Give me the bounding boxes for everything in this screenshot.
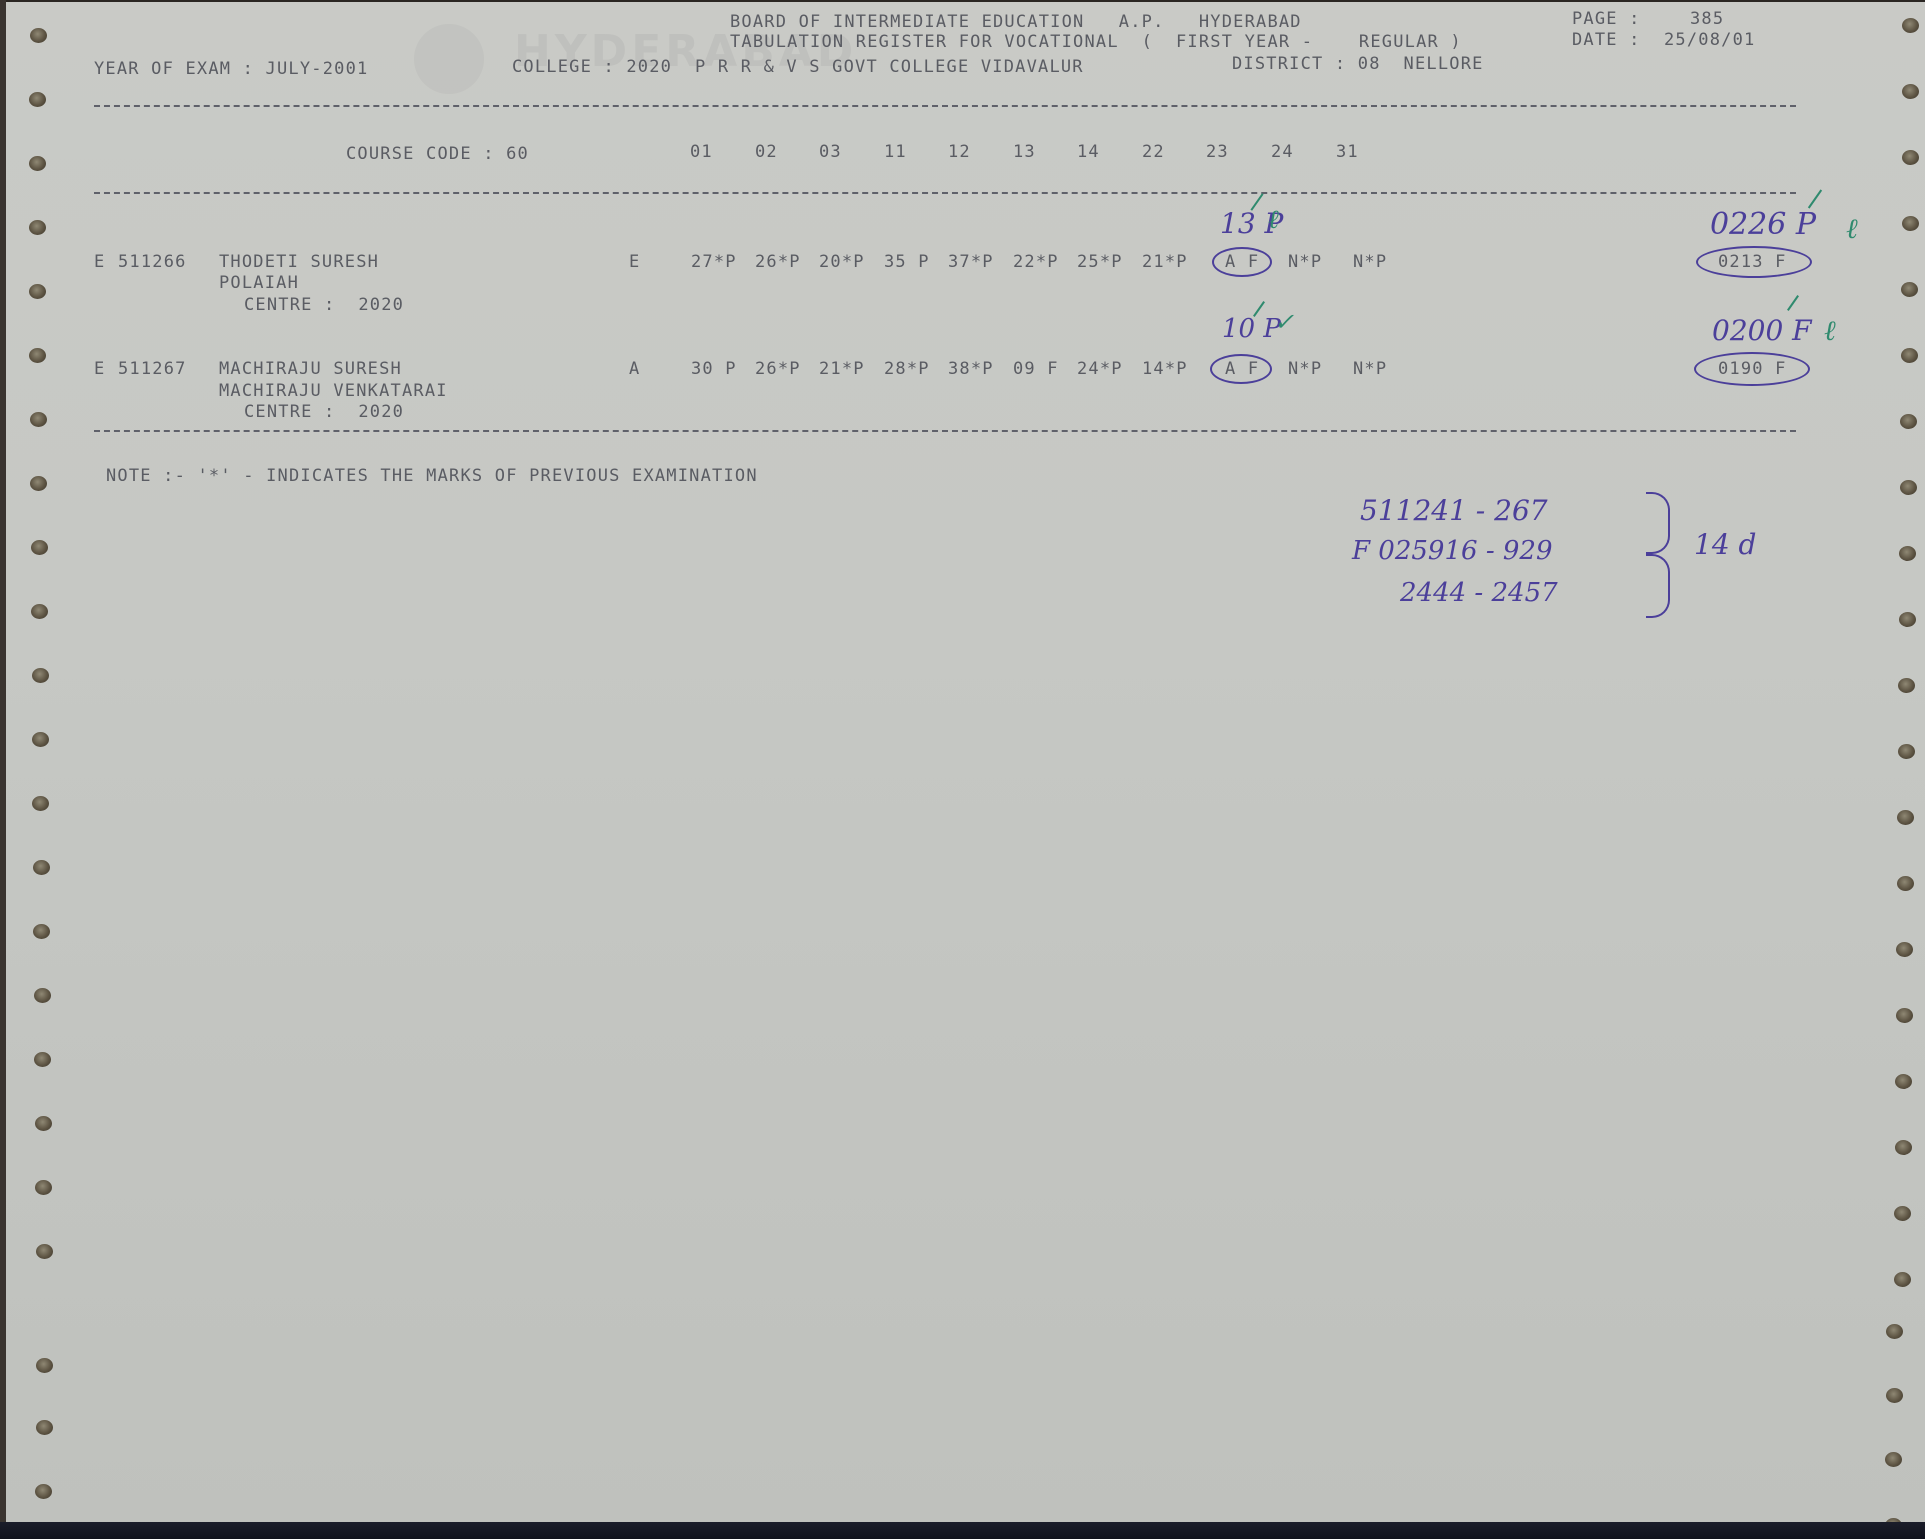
feed-hole-icon <box>1900 480 1917 495</box>
subject-code: 13 <box>1013 142 1036 162</box>
printout-page: HYDERABAD BOARD OF INTERMEDIATE EDUCATIO… <box>6 2 1925 1524</box>
subject-code: 02 <box>755 142 778 162</box>
subject-code: 14 <box>1077 142 1100 162</box>
mark: 38*P <box>948 359 994 379</box>
mark: 37*P <box>948 252 994 272</box>
feed-hole-icon <box>30 28 47 43</box>
footnote: NOTE :- '*' - INDICATES THE MARKS OF PRE… <box>106 466 758 486</box>
medium: A <box>629 359 640 379</box>
feed-hole-icon <box>34 988 51 1003</box>
feed-hole-icon <box>1898 678 1915 693</box>
mark: 14*P <box>1142 359 1188 379</box>
circle-annotation <box>1210 354 1272 384</box>
feed-hole-icon <box>1886 1388 1903 1403</box>
feed-hole-icon <box>1902 150 1919 165</box>
subject-code: 22 <box>1142 142 1165 162</box>
feed-hole-icon <box>1902 84 1919 99</box>
district-info: DISTRICT : 08 NELLORE <box>1232 54 1484 74</box>
father-name: POLAIAH <box>219 273 299 293</box>
initials-icon: ℓ <box>1846 212 1858 246</box>
subject-code: 23 <box>1206 142 1229 162</box>
feed-hole-icon <box>33 860 50 875</box>
page-number: 385 <box>1690 9 1724 29</box>
handwritten-total: 0226 P <box>1710 207 1816 242</box>
page-label: PAGE : <box>1572 9 1641 29</box>
mark: 20*P <box>819 252 865 272</box>
feed-hole-icon <box>32 668 49 683</box>
divider-top <box>94 105 1796 107</box>
feed-hole-icon <box>1894 1206 1911 1221</box>
date-value: 25/08/01 <box>1664 30 1755 50</box>
feed-hole-icon <box>35 1116 52 1131</box>
medium: E <box>629 252 640 272</box>
student-prefix: E <box>94 252 105 272</box>
mark: N*P <box>1353 359 1387 379</box>
circle-annotation <box>1696 246 1812 278</box>
feed-hole-icon <box>29 92 46 107</box>
feed-hole-icon <box>1885 1452 1902 1467</box>
feed-hole-icon <box>1894 1272 1911 1287</box>
mark: 26*P <box>755 359 801 379</box>
student-prefix: E <box>94 359 105 379</box>
course-code: COURSE CODE : 60 <box>346 144 529 164</box>
mark: 25*P <box>1077 252 1123 272</box>
hall-ticket: 511266 <box>118 252 187 272</box>
initials-icon: ℓ <box>1268 205 1279 235</box>
feed-hole-icon <box>36 1244 53 1259</box>
feed-hole-icon <box>1897 810 1914 825</box>
feed-hole-icon <box>1895 1074 1912 1089</box>
feed-hole-icon <box>29 284 46 299</box>
mark: 21*P <box>819 359 865 379</box>
feed-hole-icon <box>31 604 48 619</box>
college-info: COLLEGE : 2020 P R R & V S GOVT COLLEGE … <box>512 57 1084 77</box>
feed-hole-icon <box>1897 876 1914 891</box>
scan-background <box>0 1522 1925 1539</box>
divider-bottom <box>94 430 1796 432</box>
feed-hole-icon <box>35 1484 52 1499</box>
feed-hole-icon <box>36 1358 53 1373</box>
feed-hole-icon <box>30 476 47 491</box>
feed-hole-icon <box>1898 744 1915 759</box>
feed-hole-icon <box>30 412 47 427</box>
mark: 26*P <box>755 252 801 272</box>
mark: N*P <box>1288 252 1322 272</box>
feed-hole-icon <box>1902 18 1919 33</box>
initials-icon: ✓ <box>1274 308 1294 336</box>
feed-hole-icon <box>33 924 50 939</box>
brace-icon <box>1646 492 1670 554</box>
subject-code: 31 <box>1336 142 1359 162</box>
feed-hole-icon <box>1896 1008 1913 1023</box>
subject-code: 24 <box>1271 142 1294 162</box>
feed-hole-icon <box>1899 612 1916 627</box>
summary-line: 2444 - 2457 <box>1400 578 1558 608</box>
subject-code: 01 <box>690 142 713 162</box>
mark: 28*P <box>884 359 930 379</box>
register-title: TABULATION REGISTER FOR VOCATIONAL ( FIR… <box>730 32 1462 52</box>
feed-hole-icon <box>29 156 46 171</box>
check-tick-icon <box>1787 295 1799 311</box>
feed-hole-icon <box>1899 546 1916 561</box>
feed-hole-icon <box>1895 1140 1912 1155</box>
feed-hole-icon <box>35 1180 52 1195</box>
handwritten-total: 0200 F <box>1712 314 1812 347</box>
feed-hole-icon <box>1901 282 1918 297</box>
board-title: BOARD OF INTERMEDIATE EDUCATION A.P. HYD… <box>730 12 1302 32</box>
circle-annotation <box>1212 247 1272 277</box>
feed-hole-icon <box>36 1420 53 1435</box>
mark: 09 F <box>1013 359 1059 379</box>
handwritten-correction: 10 P <box>1222 314 1281 344</box>
feed-hole-icon <box>1886 1324 1903 1339</box>
feed-hole-icon <box>34 1052 51 1067</box>
father-name: MACHIRAJU VENKATARAI <box>219 381 448 401</box>
mark: 22*P <box>1013 252 1059 272</box>
check-tick-icon <box>1808 189 1822 208</box>
feed-hole-icon <box>1902 216 1919 231</box>
summary-line: F 025916 - 929 <box>1352 536 1553 566</box>
hall-ticket: 511267 <box>118 359 187 379</box>
mark: N*P <box>1288 359 1322 379</box>
mark: 21*P <box>1142 252 1188 272</box>
summary-count: 14 d <box>1694 528 1756 561</box>
feed-hole-icon <box>29 220 46 235</box>
initials-icon: ℓ <box>1824 314 1836 348</box>
feed-hole-icon <box>1896 942 1913 957</box>
feed-hole-icon <box>29 348 46 363</box>
mark: 30 P <box>691 359 737 379</box>
feed-hole-icon <box>1901 348 1918 363</box>
subject-code: 12 <box>948 142 971 162</box>
watermark-emblem <box>414 24 484 94</box>
student-name: THODETI SURESH <box>219 252 379 272</box>
mark: 27*P <box>691 252 737 272</box>
mark: N*P <box>1353 252 1387 272</box>
mark: 24*P <box>1077 359 1123 379</box>
student-name: MACHIRAJU SURESH <box>219 359 402 379</box>
circle-annotation <box>1694 352 1810 386</box>
feed-hole-icon <box>31 540 48 555</box>
divider-header <box>94 192 1796 194</box>
year-of-exam: YEAR OF EXAM : JULY-2001 <box>94 59 368 79</box>
feed-hole-icon <box>32 732 49 747</box>
brace-icon <box>1646 554 1670 618</box>
date-label: DATE : <box>1572 30 1641 50</box>
centre: CENTRE : 2020 <box>244 402 404 422</box>
mark: 35 P <box>884 252 930 272</box>
subject-code: 11 <box>884 142 907 162</box>
summary-line: 511241 - 267 <box>1360 494 1548 527</box>
centre: CENTRE : 2020 <box>244 295 404 315</box>
feed-hole-icon <box>32 796 49 811</box>
feed-hole-icon <box>1900 414 1917 429</box>
subject-code: 03 <box>819 142 842 162</box>
